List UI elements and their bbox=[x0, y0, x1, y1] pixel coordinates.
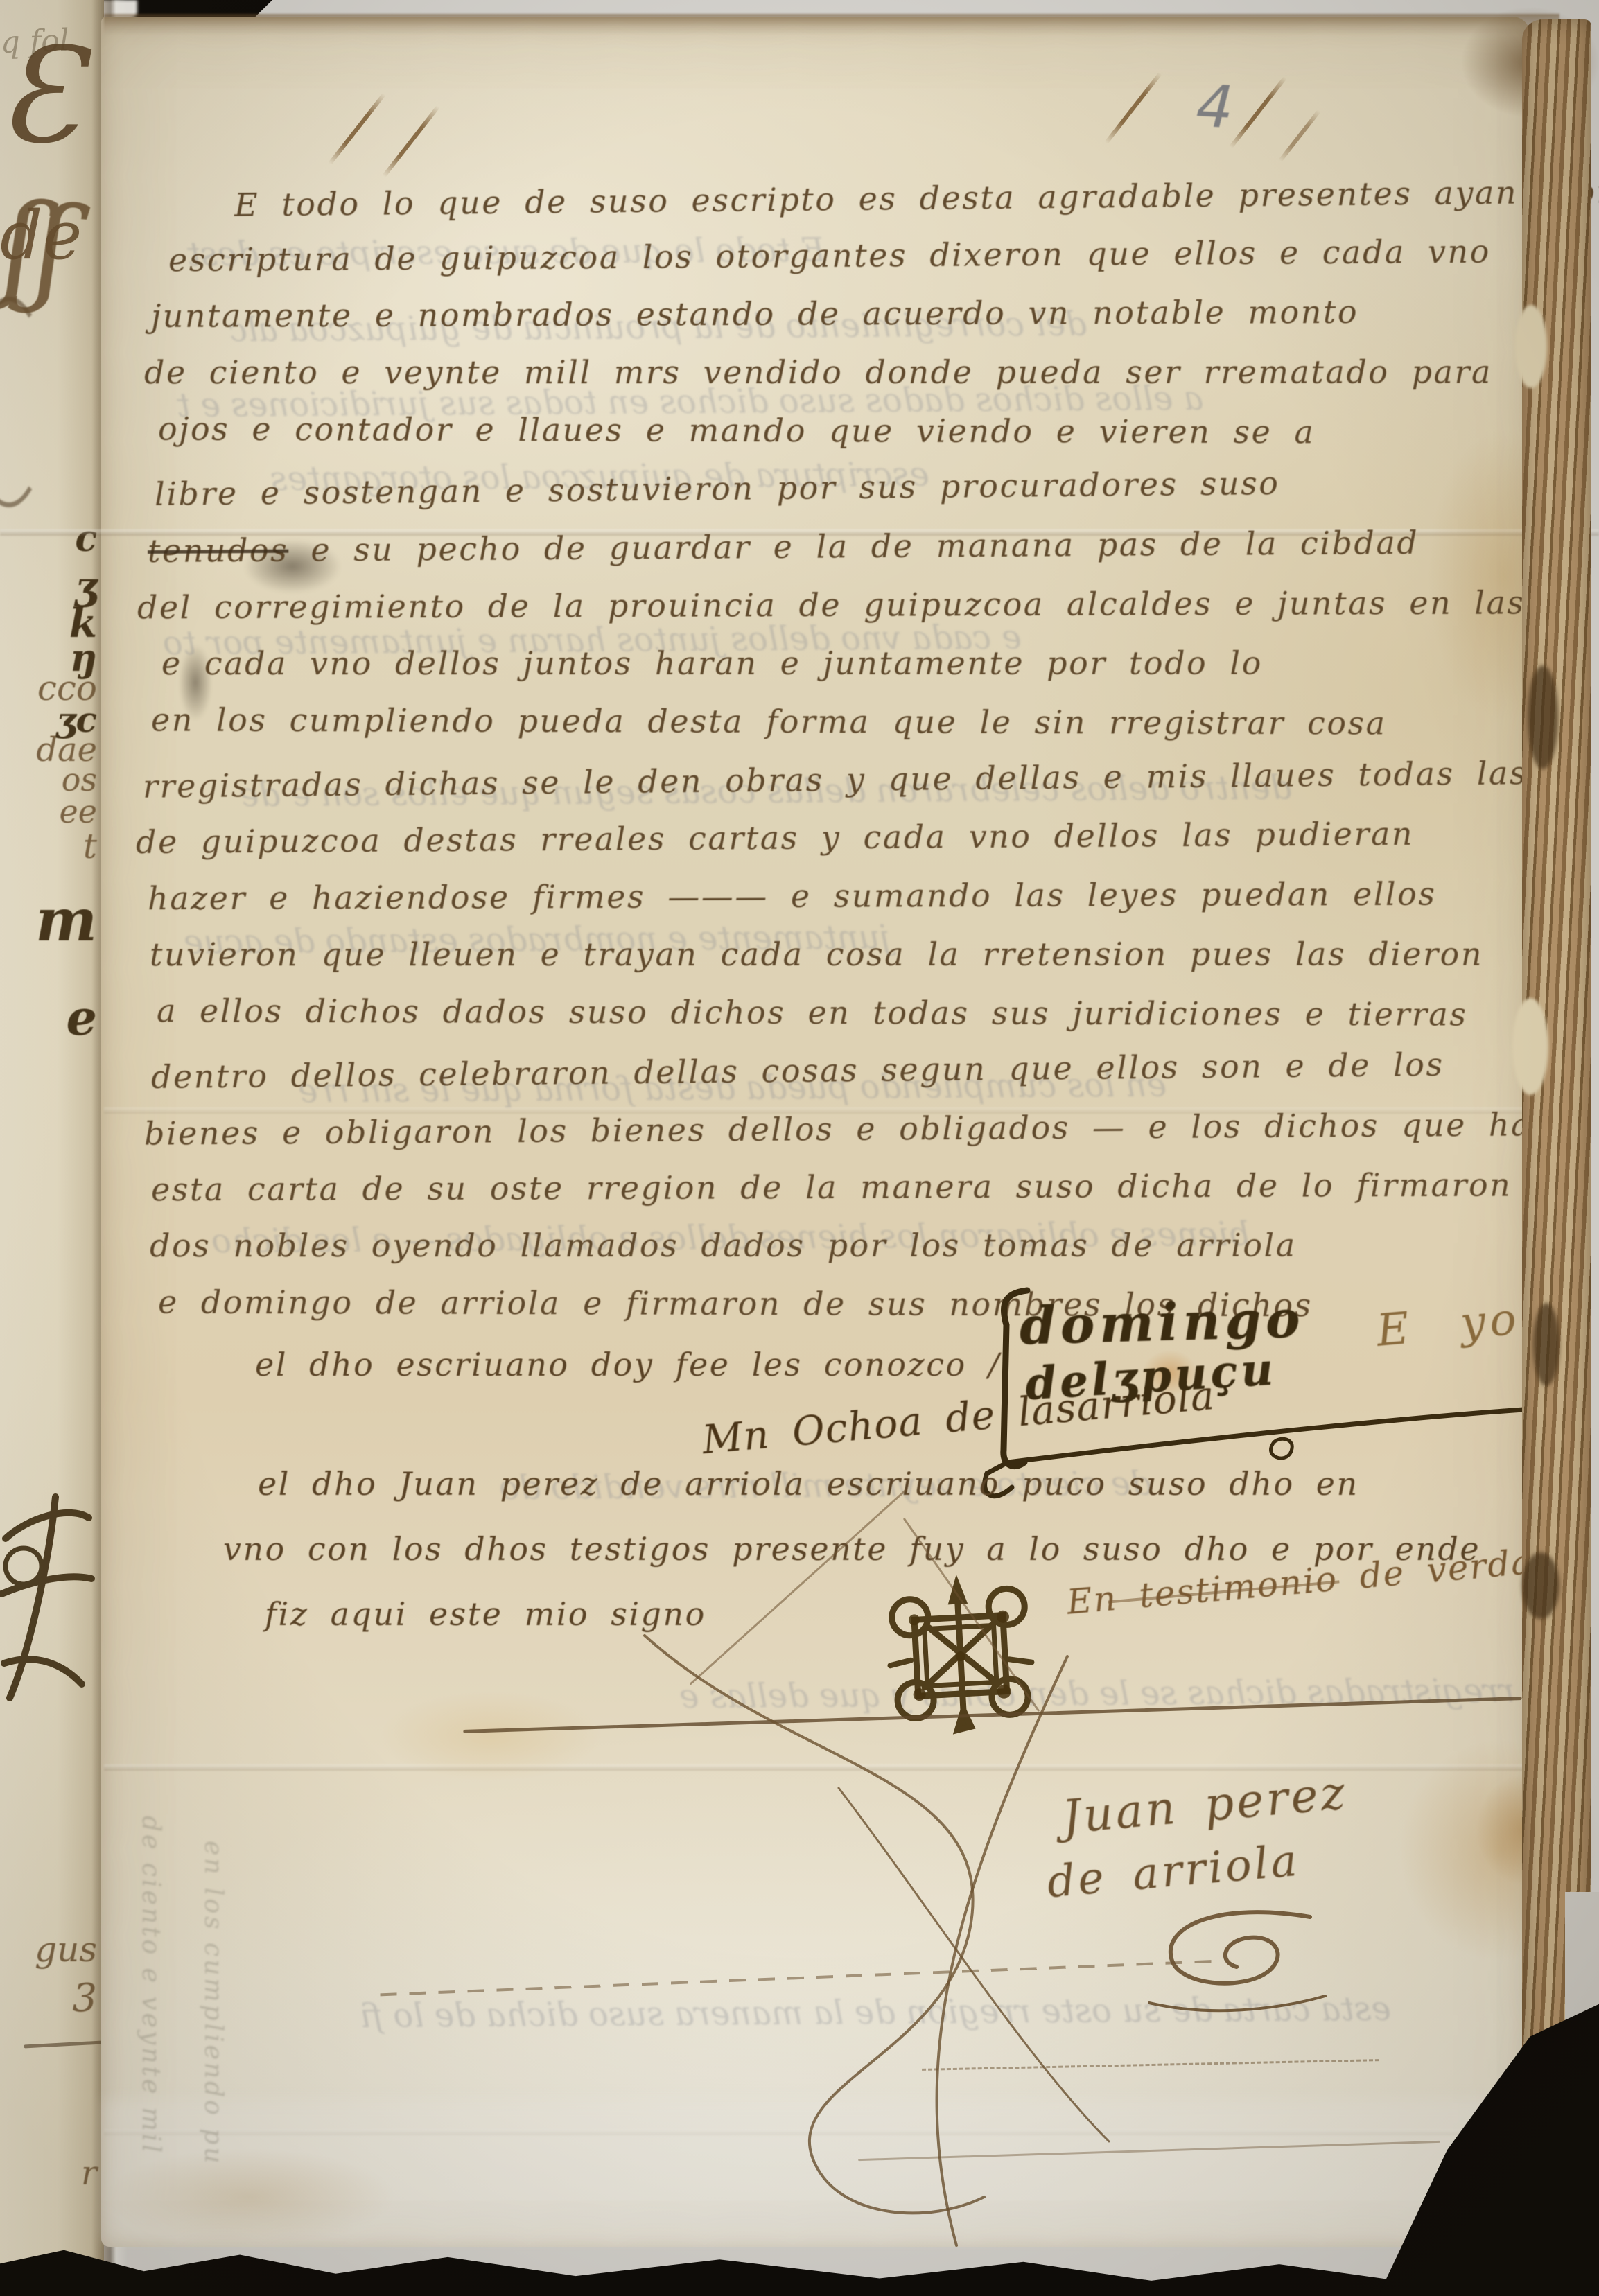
attestation-line-1: el dho Juan perez de arriola escriuano p… bbox=[258, 1468, 1359, 1500]
manuscript-line: e cada vno dellos juntos haran e juntame… bbox=[161, 647, 1263, 680]
manuscript-line: bienes e obligaron los bienes dellos e o… bbox=[144, 1108, 1554, 1149]
margin-fragment: r bbox=[0, 2157, 101, 2190]
paraph-e-glyph: Ɛ bbox=[0, 30, 1599, 162]
margin-fragment: t bbox=[0, 829, 101, 864]
facing-ink-fragment bbox=[0, 297, 50, 507]
manuscript-line: hazer e haziendose firmes ——— e sumando … bbox=[148, 878, 1437, 914]
margin-fragment: c bbox=[0, 521, 101, 557]
manuscript-line: tenudos e su pecho de guardar e la de ma… bbox=[148, 527, 1419, 567]
margin-fragment: 3 bbox=[0, 1979, 101, 2018]
facing-paraph-flourish bbox=[0, 1490, 97, 1739]
edge-notch bbox=[1512, 998, 1548, 1095]
manuscript-line: del corregimiento de la prouincia de gui… bbox=[137, 587, 1526, 624]
manuscript-line: a ellos dichos dados suso dichos en toda… bbox=[157, 994, 1468, 1030]
principal-signature-domingo: domingo delʒpuçu bbox=[1019, 1294, 1307, 1403]
edge-damage bbox=[1528, 665, 1558, 769]
struck-word: tenudos bbox=[148, 532, 289, 570]
margin-fragment: gus bbox=[0, 1932, 101, 1967]
margin-fragment: m bbox=[0, 891, 101, 949]
notary-attestation-line: el dho escriuano doy fee les conozco / bbox=[255, 1349, 1001, 1381]
margin-fragment: ee bbox=[0, 796, 101, 827]
show-through-column: en los cumpliendo pu bbox=[198, 1841, 228, 2229]
manuscript-line: de guipuzcoa destas rreales cartas y cad… bbox=[136, 818, 1414, 858]
manuscript-line: tuvieron que lleuen e trayan cada cosa l… bbox=[150, 938, 1483, 971]
flourish-curves bbox=[541, 1615, 1220, 2273]
background-sliver bbox=[1565, 1892, 1599, 2024]
edge-notch bbox=[1515, 305, 1547, 388]
manuscript-line: dos nobles oyendo llamados dados por los… bbox=[150, 1229, 1297, 1262]
facing-page-strip: cʒkŋccoʒcdaeoseetmegus3r bbox=[0, 0, 104, 2296]
margin-fragment: e bbox=[0, 994, 101, 1042]
margin-fragment: os bbox=[0, 764, 101, 796]
edge-damage bbox=[1522, 1552, 1559, 1619]
edge-damage bbox=[1533, 1303, 1559, 1386]
manuscript-line: esta carta de su oste rregion de la mane… bbox=[151, 1169, 1512, 1206]
show-through-column: de ciento e veynte mil bbox=[136, 1816, 166, 2245]
manuscript-photograph: cʒkŋccoʒcdaeoseetmegus3r 4 E bbox=[0, 0, 1599, 2296]
e-yo-text: E yo bbox=[1375, 1297, 1523, 1353]
manuscript-line: en los cumpliendo pueda desta forma que … bbox=[151, 704, 1387, 739]
rubric-spiral bbox=[1137, 1898, 1338, 2036]
